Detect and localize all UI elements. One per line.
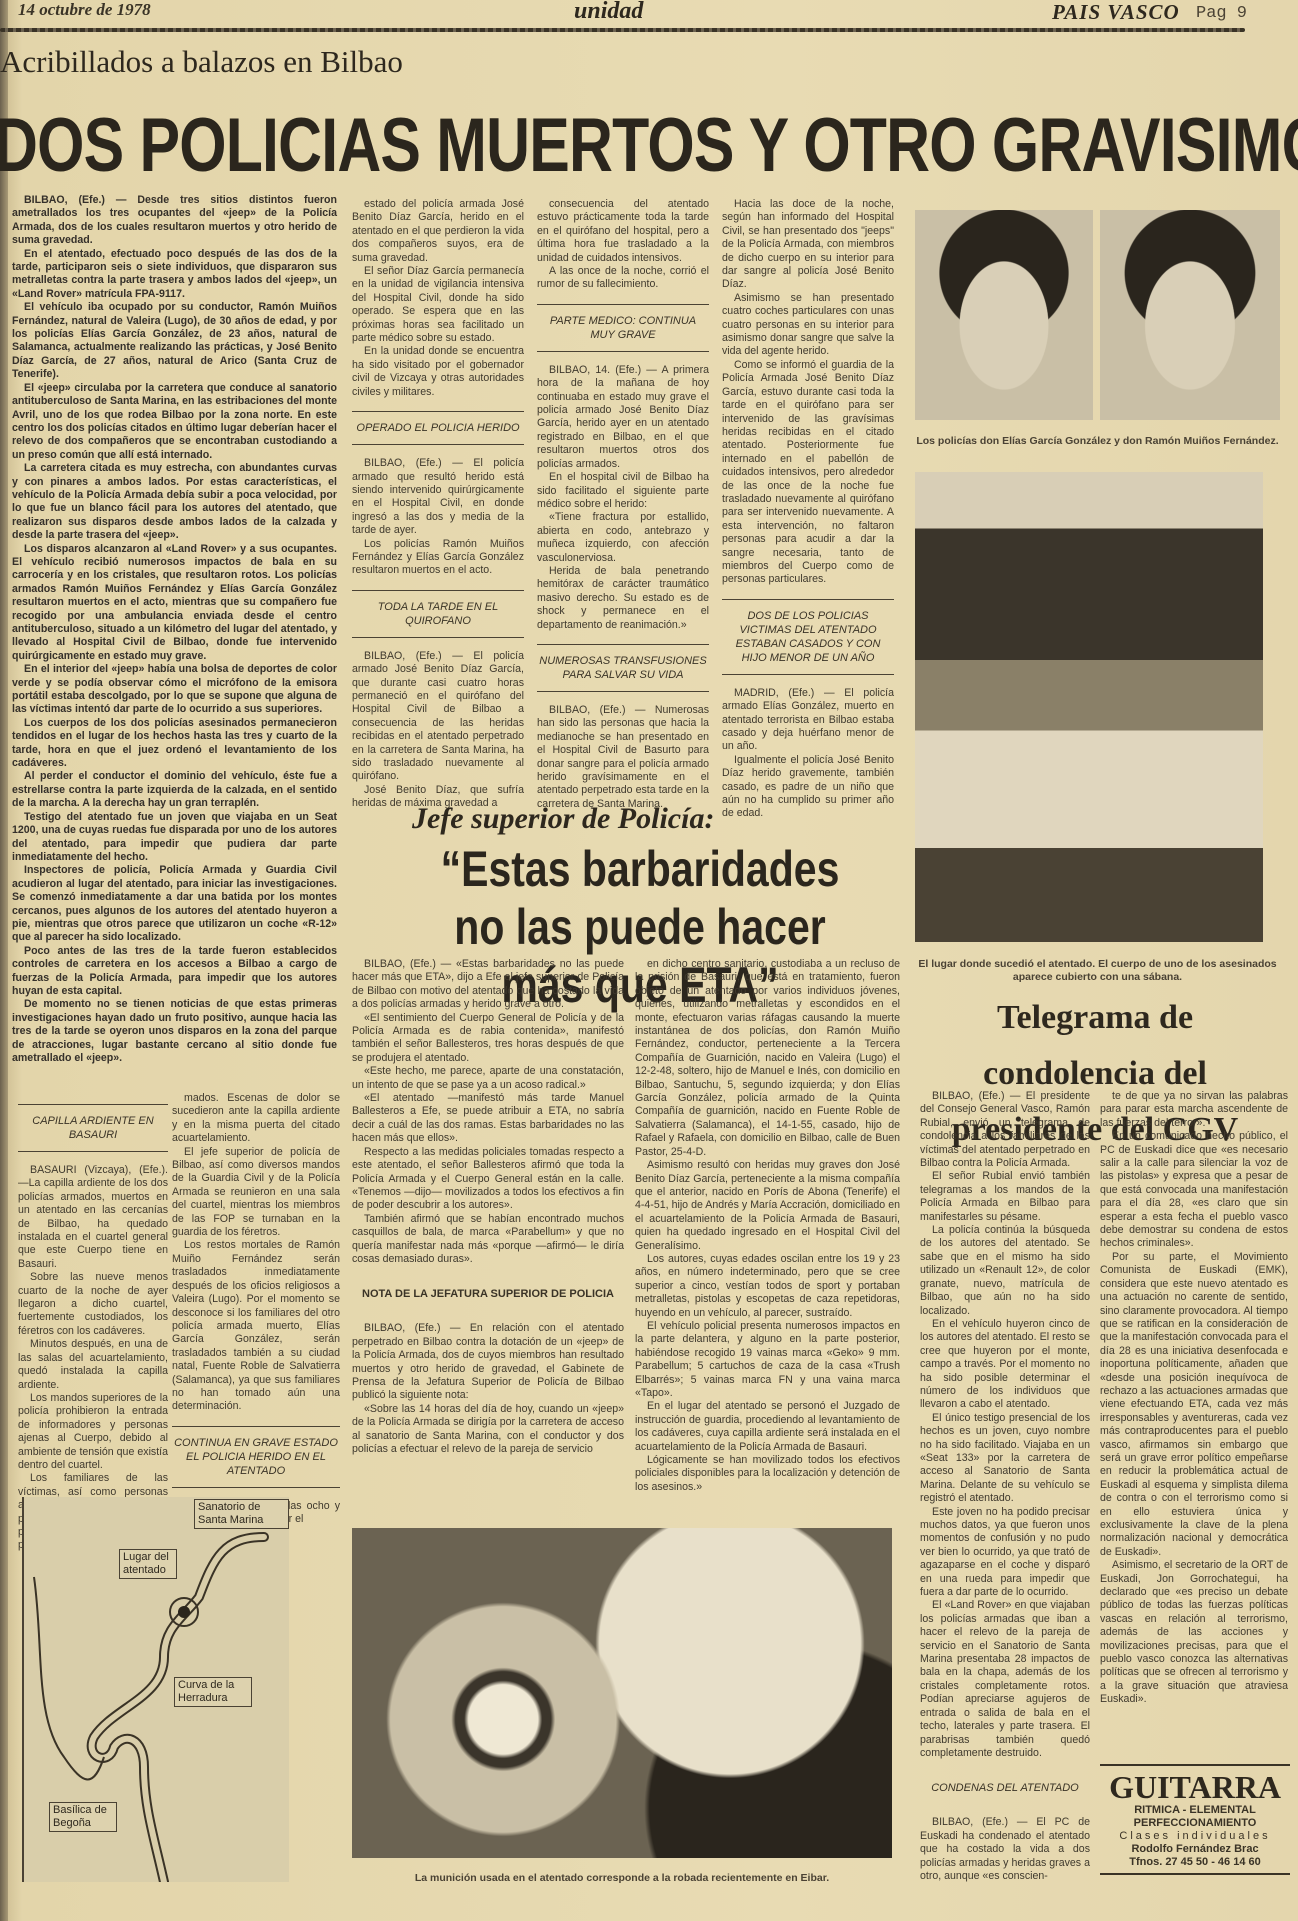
- portrait-photo-elias-garcia: [915, 210, 1093, 420]
- map-label-lugar: Lugar del atentado: [119, 1549, 177, 1579]
- ad-phone: Tfnos. 27 45 50 - 46 14 60: [1100, 1856, 1290, 1869]
- paragraph: Minutos después, en una de las salas del…: [18, 1338, 168, 1392]
- ad-line: Rodolfo Fernández Brac: [1100, 1843, 1290, 1856]
- newspaper-name: unidad: [574, 0, 643, 25]
- paragraph: en dicho centro sanitario, custodiaba a …: [635, 958, 900, 1159]
- paragraph: Como se informó el guardia de la Policía…: [722, 359, 894, 587]
- subhead-parte-medico: PARTE MEDICO: CONTINUA MUY GRAVE: [537, 304, 709, 352]
- ad-line: RITMICA - ELEMENTAL: [1100, 1804, 1290, 1817]
- section-name: PAIS VASCO: [1052, 0, 1180, 25]
- subhead-quirofano: TODA LA TARDE EN EL QUIROFANO: [352, 590, 524, 638]
- map-label-sanatorio: Sanatorio de Santa Marina: [194, 1499, 289, 1529]
- paragraph: Lógicamente se han movilizado todos los …: [635, 1454, 900, 1494]
- paragraph: A las once de la noche, corrió el rumor …: [537, 265, 709, 292]
- subhead-continua: CONTINUA EN GRAVE ESTADO EL POLICIA HERI…: [172, 1426, 340, 1488]
- paragraph: Asimismo resultó con heridas muy graves …: [635, 1159, 900, 1253]
- paragraph: Los disparos alcanzaron al «Land Rover» …: [12, 543, 337, 664]
- paragraph: En un comunicado hecho público, el PC de…: [1100, 1130, 1288, 1251]
- ammunition-caption: La munición usada en el atentado corresp…: [352, 1872, 892, 1885]
- paragraph: «Este hecho, me parece, aparte de una co…: [352, 1065, 624, 1092]
- masthead-rule: [0, 28, 1245, 32]
- paragraph: BILBAO, (Efe.) — El policía armado José …: [352, 650, 524, 784]
- scene-caption: El lugar donde sucedió el atentado. El c…: [910, 958, 1285, 984]
- ad-line: PERFECCIONAMIENTO: [1100, 1817, 1290, 1830]
- paragraph: El vehículo policial presenta numerosos …: [635, 1320, 900, 1400]
- paragraph: El señor Rubial envió también telegramas…: [920, 1170, 1090, 1224]
- paragraph: El vehículo iba ocupado por su conductor…: [12, 301, 337, 381]
- paragraph: Inspectores de policía, Policía Armada y…: [12, 864, 337, 944]
- paragraph: Respecto a las medidas policiales tomada…: [352, 1146, 624, 1213]
- paragraph: MADRID, (Efe.) — El policía armado Elías…: [722, 687, 894, 754]
- portraits-caption: Los policías don Elías García González y…: [910, 435, 1285, 448]
- paragraph: «Tiene fractura por estallido, abierta e…: [537, 511, 709, 565]
- paragraph: BILBAO, (Efe.) — El policía armado que r…: [352, 457, 524, 537]
- paragraph: La carretera citada es muy estrecha, con…: [12, 462, 337, 542]
- paragraph: «El sentimiento del Cuerpo General de Po…: [352, 1012, 624, 1066]
- paragraph: El «Land Rover» en que viajaban los poli…: [920, 1599, 1090, 1760]
- paragraph: En la unidad donde se encuentra ha sido …: [352, 345, 524, 399]
- paragraph: BILBAO, (Efe.) — En relación con el aten…: [352, 1322, 624, 1402]
- jefe-article-column-2: en dicho centro sanitario, custodiaba a …: [635, 958, 900, 1494]
- paragraph: El señor Díaz García permanecía en la un…: [352, 265, 524, 345]
- subhead-casados: DOS DE LOS POLICIAS VICTIMAS DEL ATENTAD…: [722, 599, 894, 675]
- paragraph: Igualmente el policía José Benito Díaz h…: [722, 754, 894, 821]
- paragraph: En el atentado, efectuado poco después d…: [12, 248, 337, 302]
- paragraph: Por su parte, el Movimiento Comunista de…: [1100, 1251, 1288, 1559]
- paragraph: consecuencia del atentado estuvo práctic…: [537, 198, 709, 265]
- jefe-article-column-1: BILBAO, (Efe.) — «Estas barbaridades no …: [352, 958, 624, 1456]
- paragraph: Testigo del atentado fue un joven que vi…: [12, 811, 337, 865]
- paragraph: Los restos mortales de Ramón Muiño Ferná…: [172, 1239, 340, 1413]
- paragraph: Este joven no ha podido precisar muchos …: [920, 1506, 1090, 1600]
- paragraph: Los mandos superiores de la policía proh…: [18, 1392, 168, 1472]
- subhead-transfusiones: NUMEROSAS TRANSFUSIONES PARA SALVAR SU V…: [537, 644, 709, 692]
- paragraph: «El atentado —manifestó más tarde Manuel…: [352, 1092, 624, 1146]
- paragraph: mados. Escenas de dolor se sucedieron an…: [172, 1092, 340, 1146]
- paragraph: La policía continúa la búsqueda de los a…: [920, 1224, 1090, 1318]
- paragraph: «Sobre las 14 horas del día de hoy, cuan…: [352, 1403, 624, 1457]
- main-headline: DOS POLICIAS MUERTOS Y OTRO GRAVISIMO: [0, 108, 1298, 184]
- paragraph: De momento no se tienen noticias de que …: [12, 998, 337, 1065]
- paragraph: También afirmó que se habían encontrado …: [352, 1213, 624, 1267]
- ad-title: GUITARRA: [1100, 1770, 1290, 1804]
- subhead-operado: OPERADO EL POLICIA HERIDO: [352, 411, 524, 445]
- page-number: Pag 9: [1196, 4, 1247, 23]
- paragraph: Herida de bala penetrando hemitórax de c…: [537, 565, 709, 632]
- paragraph: Los policías Ramón Muiños Fernández y El…: [352, 538, 524, 578]
- paragraph: Poco antes de las tres de la tarde fuero…: [12, 945, 337, 999]
- paragraph: En el vehículo huyeron cinco de los auto…: [920, 1318, 1090, 1412]
- telegrama-article-column-2: te de que ya no sirvan las palabras para…: [1100, 1090, 1288, 1707]
- main-article-column-2: estado del policía armada José Benito Dí…: [352, 198, 524, 811]
- paragraph: BILBAO, (Efe.) — Desde tres sitios disti…: [12, 194, 337, 248]
- paragraph: Asimismo se han presentado cuatro coches…: [722, 292, 894, 359]
- paragraph: BILBAO, (Efe.) — El presidente del Conse…: [920, 1090, 1090, 1170]
- ammunition-photo: [352, 1528, 892, 1858]
- paragraph: Los autores, cuyas edades oscilan entre …: [635, 1253, 900, 1320]
- paragraph: En el interior del «jeep» había una bols…: [12, 663, 337, 717]
- scene-photo: [915, 472, 1263, 942]
- jefe-kicker: Jefe superior de Policía:: [412, 802, 714, 836]
- portrait-photo-ramon-muinos: [1100, 210, 1280, 420]
- paragraph: BASAURI (Vizcaya), (Efe.).—La capilla ar…: [18, 1164, 168, 1271]
- subhead-condenas: CONDENAS DEL ATENTADO: [920, 1772, 1090, 1804]
- paragraph: En el hospital civil de Bilbao ha sido f…: [537, 471, 709, 511]
- subhead-nota-jefatura: NOTA DE LA JEFATURA SUPERIOR DE POLICIA: [352, 1278, 624, 1310]
- paragraph: El único testigo presencial de los hecho…: [920, 1412, 1090, 1506]
- issue-date: 14 octubre de 1978: [18, 0, 151, 20]
- paragraph: BILBAO, 14. (Efe.) — A primera hora de l…: [537, 364, 709, 471]
- paragraph: BILBAO, (Efe.) — «Estas barbaridades no …: [352, 958, 624, 1012]
- location-map: Sanatorio de Santa Marina Lugar del aten…: [22, 1497, 289, 1882]
- paragraph: estado del policía armada José Benito Dí…: [352, 198, 524, 265]
- paragraph: El «jeep» circulaba por la carretera que…: [12, 382, 337, 462]
- main-article-column-1: BILBAO, (Efe.) — Desde tres sitios disti…: [12, 194, 337, 1065]
- paragraph: El jefe superior de policía de Bilbao, a…: [172, 1146, 340, 1240]
- paragraph: Hacia las doce de la noche, según han in…: [722, 198, 894, 292]
- map-label-curva: Curva de la Herradura: [174, 1677, 252, 1707]
- article-kicker: Acribillados a balazos en Bilbao: [0, 44, 403, 80]
- ad-line: Clases individuales: [1100, 1830, 1290, 1843]
- map-label-basilica: Basílica de Begoña: [49, 1802, 117, 1832]
- paragraph: Sobre las nueve menos cuarto de la noche…: [18, 1271, 168, 1338]
- telegrama-article-column-1: BILBAO, (Efe.) — El presidente del Conse…: [920, 1090, 1090, 1883]
- paragraph: Los cuerpos de los dos policías asesinad…: [12, 717, 337, 771]
- paragraph: BILBAO, (Efe.) — Numerosas han sido las …: [537, 704, 709, 811]
- paragraph: te de que ya no sirvan las palabras para…: [1100, 1090, 1288, 1130]
- paragraph: Al perder el conductor el dominio del ve…: [12, 770, 337, 810]
- capilla-article-column-1: CAPILLA ARDIENTE EN BASAURI BASAURI (Viz…: [18, 1092, 168, 1553]
- main-article-column-3: consecuencia del atentado estuvo práctic…: [537, 198, 709, 811]
- guitar-lessons-ad: GUITARRA RITMICA - ELEMENTAL PERFECCIONA…: [1100, 1764, 1290, 1875]
- paragraph: En el lugar del atentado se personó el J…: [635, 1400, 900, 1454]
- subhead-capilla: CAPILLA ARDIENTE EN BASAURI: [18, 1104, 168, 1152]
- capilla-article-column-2: mados. Escenas de dolor se sucedieron an…: [172, 1092, 340, 1527]
- main-article-column-4: Hacia las doce de la noche, según han in…: [722, 198, 894, 821]
- paragraph: Asimismo, el secretario de la ORT de Eus…: [1100, 1559, 1288, 1706]
- page-binding-edge: [0, 0, 8, 1921]
- paragraph: BILBAO, (Efe.) — El PC de Euskadi ha con…: [920, 1816, 1090, 1883]
